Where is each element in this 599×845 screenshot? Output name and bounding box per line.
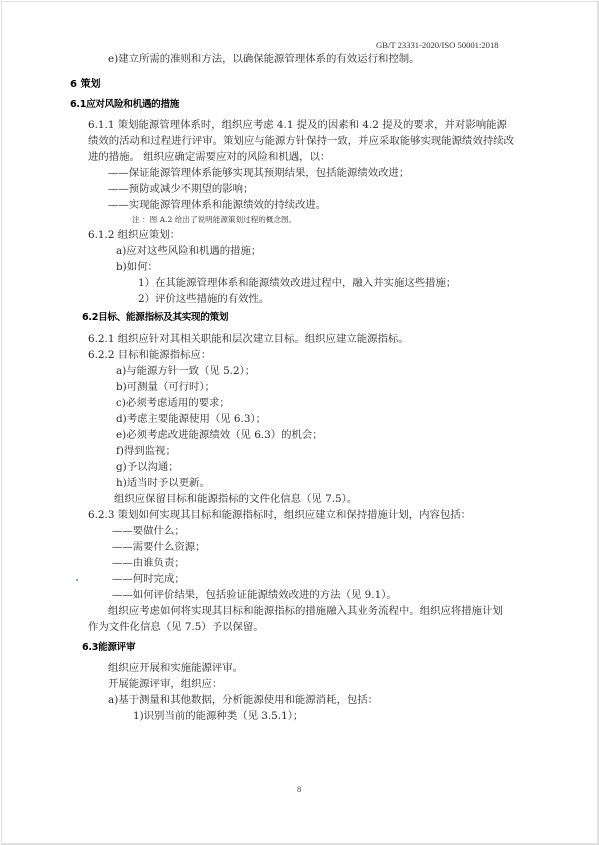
dash-item: ——实现能源管理体系和能源绩效的持续改进。 [108,198,326,212]
section-title-6-2: 6.2目标、能源指标及其实现的策划 [82,311,228,325]
paragraph-6-1-1-line: 6.1.1 策划能源管理体系时，组织应考虑 4.1 提及的因素和 4.2 提及的… [88,118,507,132]
list-item: a)基于测量和其他数据，分析能源使用和能源消耗，包括： [108,693,378,707]
paragraph-6-2-2: 6.2.2 目标和能源指标应： [88,348,211,362]
list-item: b)如何： [116,260,158,274]
section-title-6-1: 6.1应对风险和机遇的措施 [70,98,179,112]
sub-list-item: 2）评价这些措施的有效性。 [138,292,269,306]
closing-paragraph-line: 作为文件化信息（见 7.5）予以保留。 [88,620,264,634]
note-text: 注 ：图 A.2 给出了说明能源策划过程的概念图。 [132,213,296,227]
paragraph-line: 组织应开展和实施能源评审。 [108,661,243,675]
section-title-6-3: 6.3能源评审 [82,641,135,655]
list-item-e: e)建立所需的准则和方法，以确保能源管理体系的有效运行和控制。 [108,52,420,66]
list-item: e)必须考虑改进能源绩效（见 6.3）的机会； [116,428,323,442]
dash-item: ——何时完成； [112,572,185,586]
page-number: 8 [297,782,301,796]
paragraph-6-1-1-line: 进的措施。 组织应确定需要应对的风险和机遇，以： [88,150,330,164]
retain-statement: 组织应保留目标和能源指标的文件化信息（见 7.5）。 [114,492,357,506]
list-item: f)得到监视； [116,444,176,458]
list-item: a)应对这些风险和机遇的措施； [116,244,261,258]
list-item: b)可测量（可行时）； [116,380,215,394]
list-item: d)考虑主要能源使用（见 6.3）； [116,412,266,426]
list-item: c)必须考虑适用的要求； [116,396,230,410]
paragraph-line: 开展能源评审，组织应： [108,677,222,691]
dash-item: ——由谁负责； [112,556,185,570]
paragraph-6-1-1-line: 绩效的活动和过程进行评审。策划应与能源方针保持一致，并应采取能够实现能源绩效持续… [88,134,514,148]
paragraph-6-2-3: 6.2.3 策划如何实现其目标和能源指标时，组织应建立和保持措施计划，内容包括： [88,508,471,522]
list-item: h)适当时予以更新。 [116,476,210,490]
dash-item: ——预防或减少不期望的影响； [108,182,253,196]
dash-item: ——保证能源管理体系能够实现其预期结果，包括能源绩效改进； [108,166,409,180]
standard-header: GB/T 23331-2020/ISO 50001:2018 [376,38,499,52]
sub-list-item: 1)识别当前的能源种类（见 3.5.1）； [133,709,303,723]
paragraph-6-1-2: 6.1.2 组织应策划： [88,228,180,242]
dash-item: ——要做什么； [112,524,185,538]
dash-item: ——如何评价结果，包括验证能源绩效改进的方法（见 9.1）。 [112,588,397,602]
closing-paragraph-line: 组织应考虑如何将实现其目标和能源指标的措施融入其业务流程中。组织应将措施计划 [108,604,503,618]
paragraph-6-2-1: 6.2.1 组织应针对其相关职能和层次建立目标。组织应建立能源指标。 [88,332,409,346]
section-title-6: 6 策划 [70,78,100,92]
dash-item: ——需要什么资源； [112,540,206,554]
stray-mark [76,579,78,581]
list-item: g)予以沟通； [116,460,179,474]
list-item: a)与能源方针一致（见 5.2）； [116,364,255,378]
sub-list-item: 1）在其能源管理体系和能源绩效改进过程中，融入并实施这些措施； [138,276,456,290]
